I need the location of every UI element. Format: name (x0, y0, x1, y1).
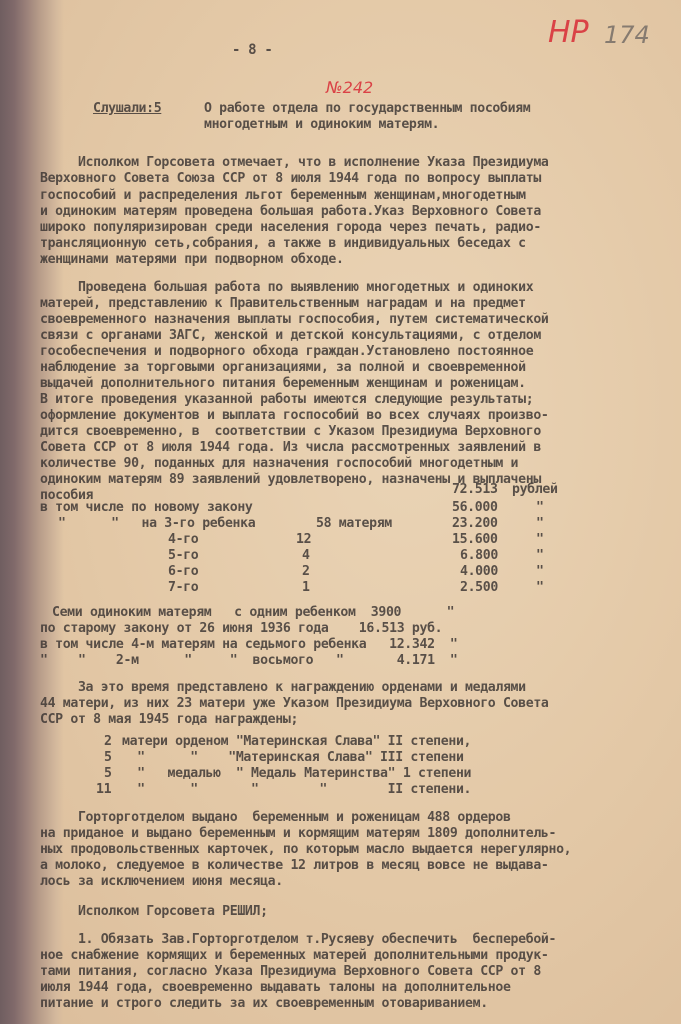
text-line: выдачей дополнительного питания беременн… (40, 376, 526, 392)
text-line: госпособий и распределения льгот беремен… (40, 188, 526, 204)
text-line: наблюдение за торговыми организациями, з… (40, 360, 526, 376)
row-amount: 4.000 (460, 564, 498, 580)
row-amount: 6.800 (460, 548, 498, 564)
row-mothers: 1 (302, 580, 310, 596)
decision-heading: Исполком Горсовета РЕШИЛ; (40, 904, 268, 920)
row-mothers: 2 (302, 564, 310, 580)
text-line: а молоко, следуемое в количестве 12 литр… (40, 858, 549, 874)
text-line: количестве 90, поданных для назначения г… (40, 456, 518, 472)
row-amount: 23.200 (452, 516, 498, 532)
total-unit: рублей (512, 482, 558, 498)
text-line: широко популяризирован среди населения г… (40, 220, 541, 236)
row-mothers: 58 матерям (316, 516, 392, 532)
agenda-label: Слушали:5 (93, 101, 161, 117)
record-number: №242 (326, 80, 373, 96)
text-line: 1. Обязать Зав.Горторготделом т.Русяеву … (40, 932, 556, 948)
row-unit: " (536, 500, 544, 516)
text-line: трансляционную сеть,собрания, а также в … (40, 236, 526, 252)
row-amount: 15.600 (452, 532, 498, 548)
row-amount: 56.000 (452, 500, 498, 516)
row-mothers: 12 (296, 532, 311, 548)
text-line: Проведена большая работа по выявлению мн… (40, 280, 533, 296)
text-line: гособеспечения и подворного обхода гражд… (40, 344, 533, 360)
row-child: 4-го (168, 532, 198, 548)
text-line: своевременного назначения выплаты госпос… (40, 312, 549, 328)
row-mothers: 4 (302, 548, 310, 564)
agenda-title-line-1: О работе отдела по государственным пособ… (204, 101, 530, 117)
award-text: матери орденом "Материнская Слава" II ст… (122, 734, 471, 750)
award-text: " " " " II степени. (122, 782, 471, 798)
text-line: связи с органами ЗАГС, женской и детской… (40, 328, 541, 344)
page-number: - 8 - (232, 42, 272, 58)
row-unit: " (536, 516, 544, 532)
text-line: За это время представлено к награждению … (40, 680, 526, 696)
row-label: " " на 3-го ребенка (58, 516, 255, 532)
row-label: в том числе по новому закону (40, 500, 253, 516)
text-line: " " 2-м " " восьмого " 4.171 " (40, 653, 457, 669)
text-line: на приданое и выдано беременным и кормящ… (40, 826, 556, 842)
text-line: ное снабжение кормящих и беременных мате… (40, 948, 549, 964)
text-line: лось за исключением июня месяца. (40, 874, 283, 890)
text-line: в том числе 4-м матерям на седьмого ребе… (40, 637, 457, 653)
award-text: " медалью " Медаль Материнства" 1 степен… (122, 766, 471, 782)
text-line: питание и строго следить за их своевреме… (40, 996, 488, 1012)
text-line: Верховного Совета Союза ССР от 8 июля 19… (40, 171, 541, 187)
award-count: 11 (96, 782, 111, 798)
award-count: 5 (104, 750, 112, 766)
row-unit: " (536, 580, 544, 596)
row-unit: " (536, 532, 544, 548)
total-amount: 72.513 (452, 482, 498, 498)
archive-mark-pencil: 174 (604, 20, 650, 50)
text-line: Исполком Горсовета отмечает, что в испол… (40, 155, 549, 171)
row-child: 7-го (168, 580, 198, 596)
row-child: 6-го (168, 564, 198, 580)
award-count: 2 (104, 734, 112, 750)
text-line: Совета ССР от 8 июля 1944 года. Из числа… (40, 440, 541, 456)
text-line: июля 1944 года, своевременно выдавать та… (40, 980, 511, 996)
text-line: В итоге проведения указанной работы имею… (40, 392, 533, 408)
text-line: Горторготделом выдано беременным и рожен… (40, 810, 511, 826)
text-line: ССР от 8 мая 1945 года награждены; (40, 712, 298, 728)
text-line: женщинами матерями при подворном обходе. (40, 252, 344, 268)
award-text: " " "Материнская Слава" III степени (122, 750, 464, 766)
agenda-title-line-2: многодетным и одиноким матерям. (204, 117, 439, 133)
row-unit: " (536, 548, 544, 564)
row-amount: 2.500 (460, 580, 498, 596)
text-line: Семи одиноким матерям с одним ребенком 3… (52, 605, 454, 621)
text-line: ных продовольственных карточек, по котор… (40, 842, 571, 858)
text-line: матерей, представлению к Правительственн… (40, 296, 526, 312)
archive-mark-red: НР (548, 16, 589, 50)
text-line: тами питания, согласно Указа Президиума … (40, 964, 541, 980)
row-unit: " (536, 564, 544, 580)
text-line: дится своевременно, в соответствии с Ука… (40, 424, 541, 440)
text-line: оформление документов и выплата госпособ… (40, 408, 549, 424)
text-line: по старому закону от 26 июня 1936 года 1… (40, 621, 442, 637)
award-count: 5 (104, 766, 112, 782)
row-child: 5-го (168, 548, 198, 564)
text-line: 44 матери, из них 23 матери уже Указом П… (40, 696, 549, 712)
text-line: и одиноким матерям проведена большая раб… (40, 204, 541, 220)
